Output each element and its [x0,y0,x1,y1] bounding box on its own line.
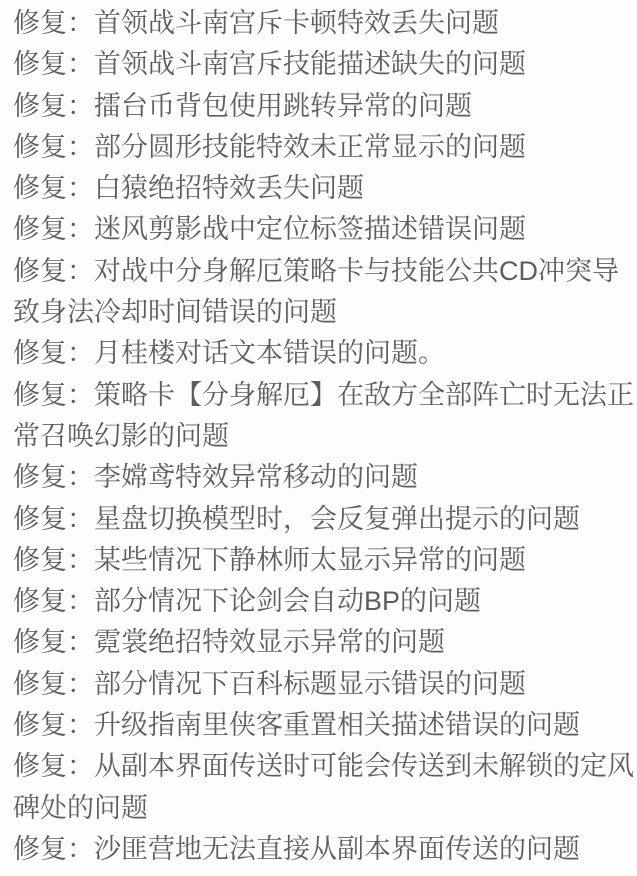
fix-item: 修复：李嫦鸢特效异常移动的问题 [13,457,635,498]
fix-item: 修复：月桂楼对话文本错误的问题。 [13,333,635,374]
fix-item: 修复：某些情况下静林师太显示异常的问题 [13,540,635,581]
fix-item: 修复：升级指南里侠客重置相关描述错误的问题 [13,705,635,746]
fix-item: 修复：白猿绝招特效丢失问题 [13,168,635,209]
fix-item: 修复：部分情况下百科标题显示错误的问题 [13,664,635,705]
fix-item: 修复：部分情况下论剑会自动BP的问题 [13,581,635,622]
fix-item: 修复：对战中分身解厄策略卡与技能公共CD冲突导致身法冷却时间错误的问题 [13,251,635,334]
fix-item: 修复：从副本界面传送时可能会传送到未解锁的定风碑处的问题 [13,746,635,829]
fix-item: 修复：迷风剪影战中定位标签描述错误问题 [13,209,635,250]
fix-item: 修复：首领战斗南宫斥技能描述缺失的问题 [13,44,635,85]
fix-item: 修复：部分圆形技能特效未正常显示的问题 [13,127,635,168]
fix-item: 修复：首领战斗南宫斥卡顿特效丢失问题 [13,3,635,44]
fix-item: 修复：霓裳绝招特效显示异常的问题 [13,622,635,663]
fix-item: 修复：沙匪营地无法直接从副本界面传送的问题 [13,829,635,870]
fix-item: 修复：擂台币背包使用跳转异常的问题 [13,86,635,127]
fix-item: 修复：星盘切换模型时，会反复弹出提示的问题 [13,499,635,540]
changelog-list: 修复：首领战斗南宫斥卡顿特效丢失问题 修复：首领战斗南宫斥技能描述缺失的问题 修… [0,0,637,876]
fix-item: 修复：策略卡【分身解厄】在敌方全部阵亡时无法正常召唤幻影的问题 [13,375,635,458]
